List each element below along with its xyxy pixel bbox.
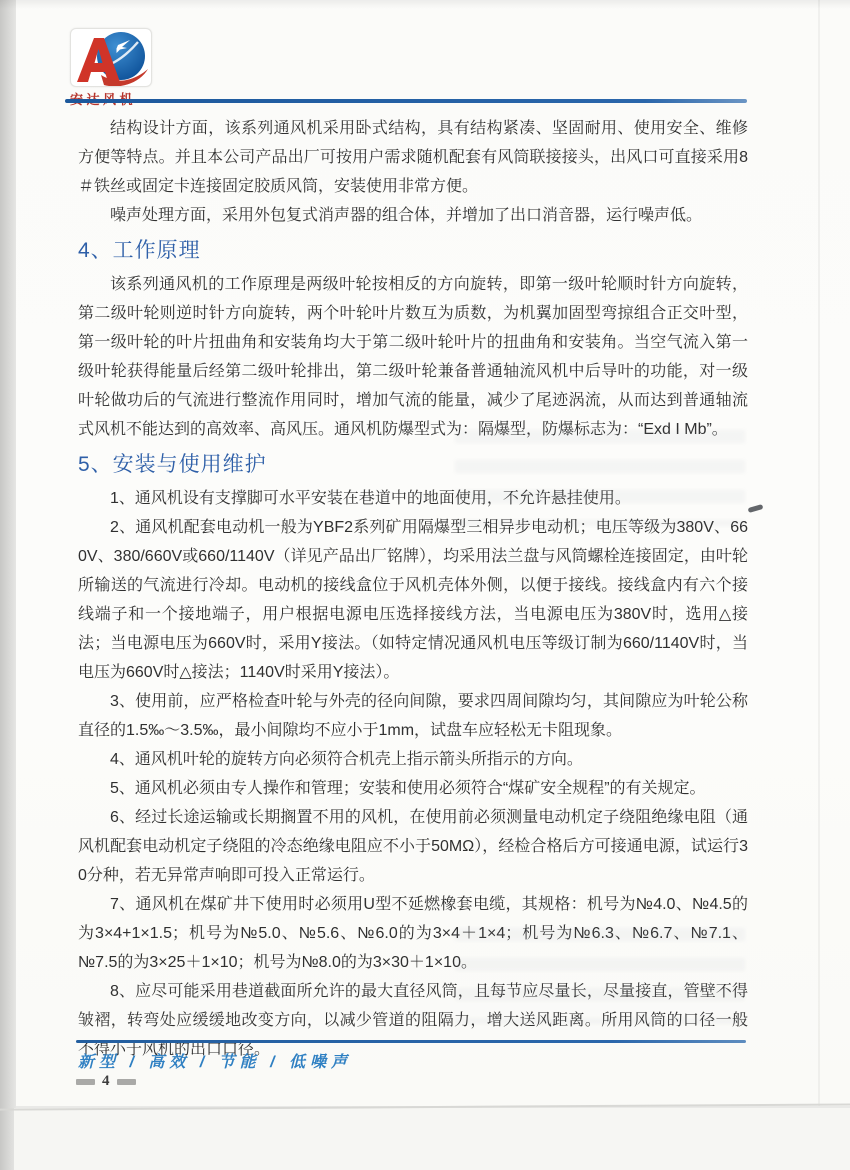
scanned-page: 安达风机 结构设计方面，该系列通风机采用卧式结构，具有结构紧凑、坚固耐用、使用安… [0,0,850,1170]
scanner-background [14,1108,850,1170]
page-number-row: 4 [76,1073,136,1090]
header-divider [65,99,747,103]
document-body: 结构设计方面，该系列通风机采用卧式结构，具有结构紧凑、坚固耐用、使用安全、维修方… [78,114,748,1064]
footer-slogan: 新型 / 高效 / 节能 / 低噪声 [78,1049,352,1072]
company-logo: 安达风机 [70,28,160,108]
page-number-dash [76,1079,95,1085]
paper-right-edge [818,0,820,1106]
list-item: 4、通风机叶轮的旋转方向必须符合机壳上指示箭头所指示的方向。 [78,745,748,774]
section-heading-working-principle: 4、工作原理 [78,238,748,264]
page-number: 4 [102,1073,110,1090]
scan-top-edge [0,0,850,9]
intro-paragraph: 结构设计方面，该系列通风机采用卧式结构，具有结构紧凑、坚固耐用、使用安全、维修方… [78,114,748,201]
list-item: 5、通风机必须由专人操作和管理；安装和使用必须符合“煤矿安全规程”的有关规定。 [78,774,748,803]
intro-paragraph: 噪声处理方面，采用外包复式消声器的组合体，并增加了出口消音器，运行噪声低。 [78,201,748,230]
section-paragraph: 该系列通风机的工作原理是两级叶轮按相反的方向旋转，即第一级叶轮顺时针方向旋转，第… [78,270,748,444]
list-item: 3、使用前，应严格检查叶轮与外壳的径向间隙，要求四周间隙均匀，其间隙应为叶轮公称… [78,687,748,745]
page-bleed-ghost [455,430,745,526]
scan-left-edge [0,0,16,1170]
footer-divider [76,1040,746,1043]
page-number-dash [117,1079,136,1085]
list-item: 6、经过长途运输或长期搁置不用的风机，在使用前必须测量电动机定子绕阻绝缘电阻（通… [78,803,748,890]
logo-globe-a-icon [71,29,151,86]
company-logo-icon [70,28,152,87]
list-item: 2、通风机配套电动机一般为YBF2系列矿用隔爆型三相异步电动机；电压等级为380… [78,513,748,687]
page-bleed-ghost [455,928,745,1024]
